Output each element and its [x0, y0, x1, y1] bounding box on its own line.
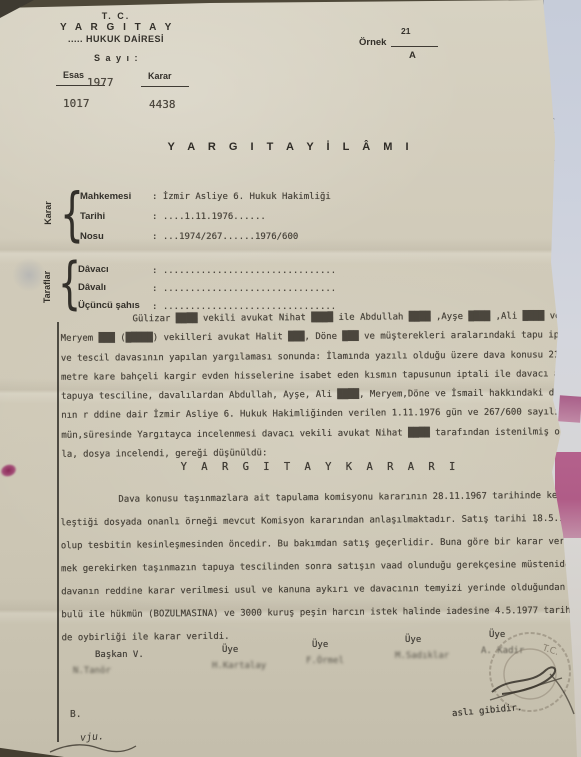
- esas-label: Esas: [63, 70, 84, 80]
- karar-label: Karar: [148, 71, 172, 81]
- handwriting-stroke: [48, 736, 138, 757]
- davaci-label: Dâvacı: [78, 264, 109, 275]
- signature-baskan: Başkan V. N.Tanör: [95, 650, 144, 676]
- letterhead-court: Y A R G I T A Y: [60, 22, 172, 33]
- stamp-tc-text: T.C.: [540, 643, 560, 658]
- signature-name-blurred: H.Kartalay: [212, 661, 266, 671]
- karar-vertical-label: Karar: [43, 201, 53, 225]
- mahkemesi-label: Mahkemesi: [80, 191, 131, 202]
- signature-title: Başkan V.: [95, 650, 144, 660]
- document-sheet: T. C. Y A R G I T A Y ..... HUKUK DAİRES…: [0, 0, 581, 757]
- pink-sticker-small: [558, 395, 581, 422]
- signature-name-blurred: N.Tanör: [73, 666, 144, 676]
- nosu-label: Nosu: [80, 231, 104, 242]
- signature-name-blurred: M.Sadıklar: [395, 651, 449, 661]
- signature-title: Üye: [222, 645, 238, 655]
- signature-uye-3: Üye M.Sadıklar: [405, 635, 449, 661]
- esas-year: 1977: [87, 76, 114, 89]
- case-summary-paragraph: Gülizar ████ vekili avukat Nihat ████ il…: [60, 307, 575, 465]
- left-margin-line: [57, 322, 59, 742]
- letterhead-tc: T. C.: [60, 11, 172, 21]
- letterhead-chamber: ..... HUKUK DAİRESİ: [48, 34, 184, 44]
- signature-name-blurred: F.Örmel: [306, 656, 344, 666]
- mahkemesi-value: : İzmir Asliye 6. Hukuk Hakimliği: [152, 192, 331, 202]
- karar-section-heading: Y A R G I T A Y K A R A R I: [100, 461, 540, 473]
- signature-title: Üye: [312, 640, 328, 650]
- paragraph-line: mün,süresinde Yargıtayca incelenmesi dav…: [61, 423, 575, 446]
- sayi-label: S a y ı :: [94, 53, 139, 63]
- tarihi-value: : ....1.11.1976......: [152, 212, 266, 222]
- davaci-value: : ................................: [152, 266, 336, 276]
- karar-underline: [141, 86, 189, 87]
- esas-number: 1017: [63, 97, 90, 110]
- ornek-label: Örnek: [359, 37, 386, 48]
- ornek-line: [391, 46, 438, 47]
- ink-smudge: [0, 462, 19, 480]
- tarihi-label: Tarihi: [80, 211, 105, 222]
- faint-smudge: [12, 258, 46, 292]
- signature-title: Üye: [405, 635, 421, 645]
- footer-b-note: B.: [70, 709, 81, 720]
- signature-uye-2: Üye F.Örmel: [312, 640, 344, 666]
- nosu-value: : ...1974/267......1976/600: [152, 232, 298, 242]
- davali-label: Dâvalı: [78, 282, 106, 293]
- signature-uye-1: Üye H.Kartalay: [222, 645, 266, 671]
- davali-value: : ................................: [152, 284, 336, 294]
- karar-number: 4438: [149, 98, 176, 111]
- document-title: Y A R G I T A Y İ L Â M I: [0, 141, 581, 153]
- ornek-letter: A: [409, 50, 416, 61]
- ornek-number: 21: [401, 26, 410, 36]
- scanned-court-document-photo: ✱ (e-imzalı) T. C. Y A R G I T A Y .....…: [0, 0, 581, 757]
